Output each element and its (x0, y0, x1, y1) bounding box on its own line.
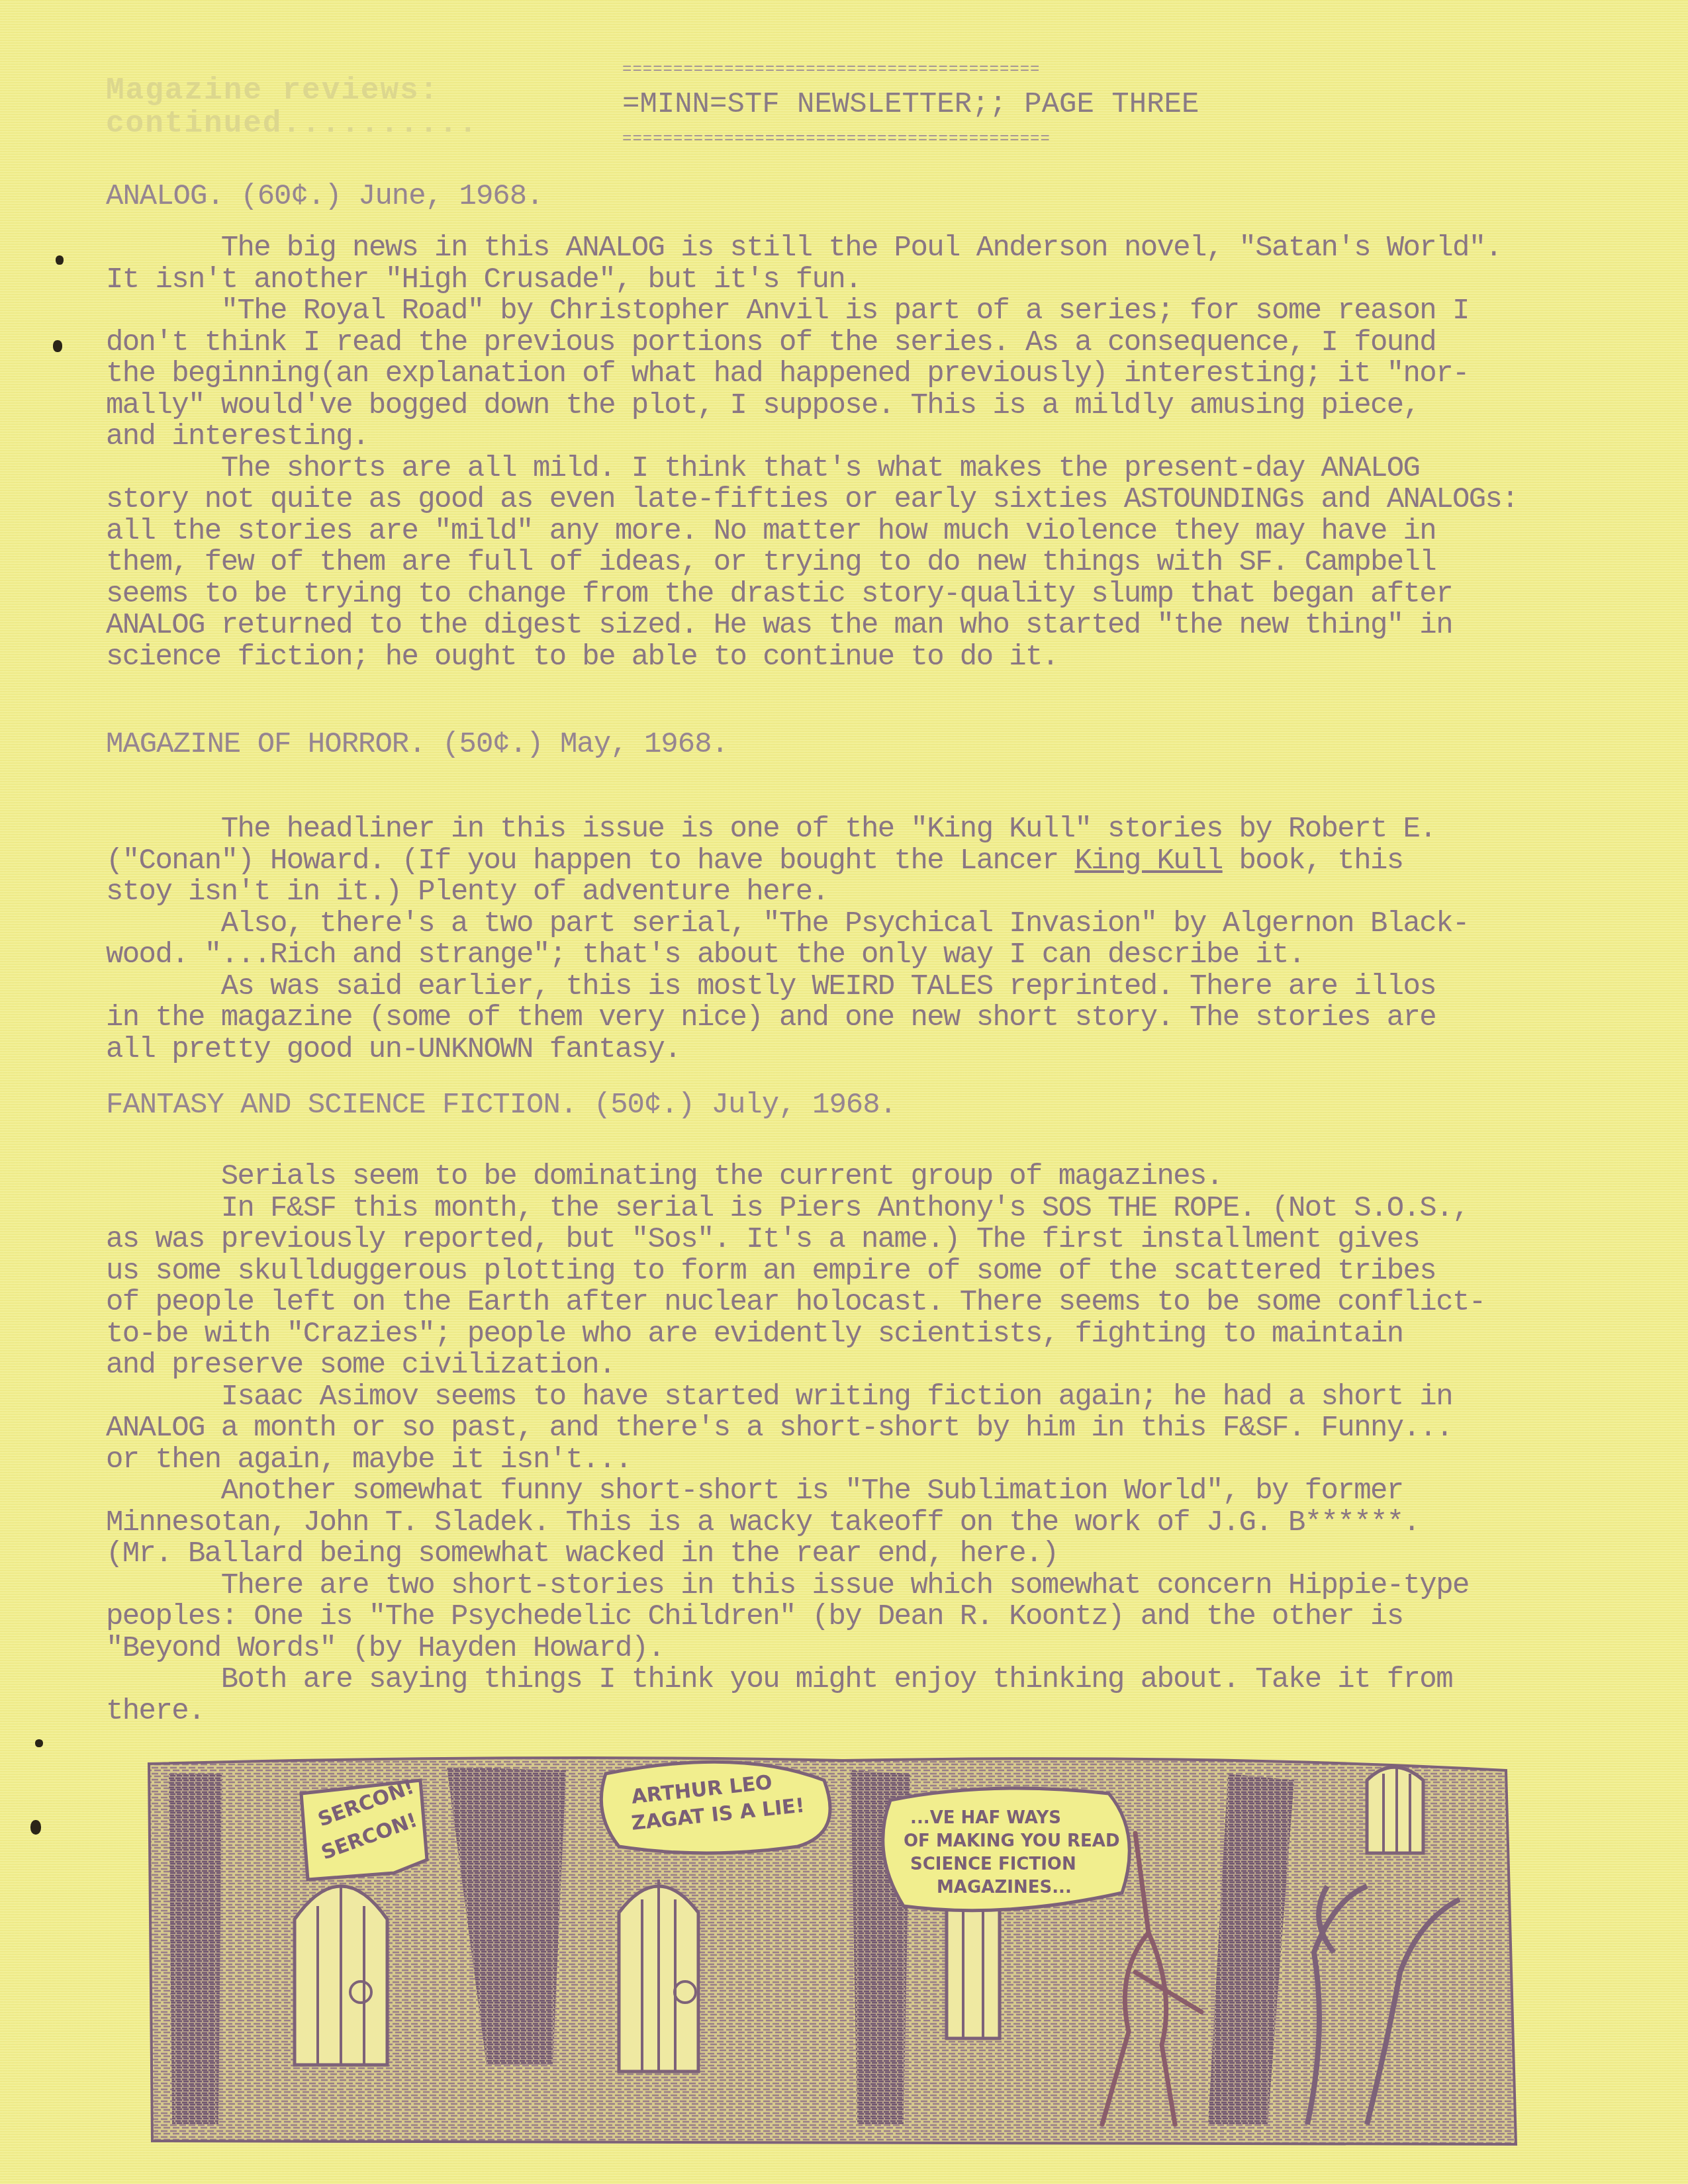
review-heading: ANALOG. (60¢.) June, 1968. (106, 180, 1595, 213)
cartoon-illustration: SERCON! SERCON! ARTHUR LEO ZAGAT IS A LI… (142, 1754, 1523, 2148)
punch-hole (30, 1820, 41, 1835)
text-line: ANALOG returned to the digest sized. He … (106, 610, 1595, 642)
text-line: all pretty good un-UNKNOWN fantasy. (106, 1034, 1595, 1066)
text-line: in the magazine (some of them very nice)… (106, 1003, 1595, 1034)
text-line: There are two short-stories in this issu… (106, 1570, 1595, 1602)
text-line: us some skullduggerous plotting to form … (106, 1256, 1595, 1288)
review-heading: FANTASY AND SCIENCE FICTION. (50¢.) July… (106, 1089, 1595, 1122)
bubble-magazines-line-3: SCIENCE FICTION (910, 1854, 1076, 1874)
text-line: there. (106, 1696, 1595, 1728)
newsletter-page: Magazine reviews: continued.......... ==… (0, 0, 1688, 2184)
text-line: to-be with "Crazies"; people who are evi… (106, 1319, 1595, 1351)
text-line: ANALOG a month or so past, and there's a… (106, 1413, 1595, 1445)
text-line: and preserve some civilization. (106, 1350, 1595, 1382)
text-line: The headliner in this issue is one of th… (106, 814, 1595, 846)
text-line: of people left on the Earth after nuclea… (106, 1287, 1595, 1319)
text-line: The big news in this ANALOG is still the… (106, 233, 1595, 265)
text-line: wood. "...Rich and strange"; that's abou… (106, 940, 1595, 972)
newsletter-title: =MINN=STF NEWSLETTER;; PAGE THREE (622, 88, 1199, 121)
bubble-magazines-line-1: ...VE HAF WAYS (910, 1808, 1061, 1828)
text-line: and interesting. (106, 422, 1595, 453)
text-line: as was previously reported, but "Sos". I… (106, 1224, 1595, 1256)
text-line: science fiction; he ought to be able to … (106, 642, 1595, 674)
bubble-magazines-line-4: MAGAZINES... (937, 1878, 1072, 1897)
punch-hole (56, 255, 64, 265)
review-fantasy-and-science-fiction: FANTASY AND SCIENCE FICTION. (50¢.) July… (106, 1089, 1595, 1727)
bubble-magazines-line-2: OF MAKING YOU READ (904, 1831, 1120, 1851)
text-line: Minnesotan, John T. Sladek. This is a wa… (106, 1508, 1595, 1539)
text-line: (Mr. Ballard being somewhat wacked in th… (106, 1539, 1595, 1570)
underlined-title: King Kull (1074, 844, 1222, 878)
text-line: The shorts are all mild. I think that's … (106, 453, 1595, 485)
review-magazine-of-horror: MAGAZINE OF HORROR. (50¢.) May, 1968. Th… (106, 728, 1595, 1066)
text-line: As was said earlier, this is mostly WEIR… (106, 972, 1595, 1003)
text-line: Both are saying things I think you might… (106, 1664, 1595, 1696)
punch-hole (53, 340, 62, 352)
header-rule-top: ========================================… (622, 61, 1199, 79)
text-line: In F&SF this month, the serial is Piers … (106, 1193, 1595, 1225)
faded-section-label: Magazine reviews: continued.......... (106, 74, 479, 140)
text-line: the beginning(an explanation of what had… (106, 359, 1595, 390)
text-line: story not quite as good as even late-fif… (106, 484, 1595, 516)
punch-hole (35, 1739, 43, 1747)
text-line: peoples: One is "The Psychedelic Childre… (106, 1602, 1595, 1633)
text-line: Also, there's a two part serial, "The Ps… (106, 909, 1595, 940)
text-line: "Beyond Words" (by Hayden Howard). (106, 1633, 1595, 1665)
text-line: mally" would've bogged down the plot, I … (106, 390, 1595, 422)
text-line: stoy isn't in it.) Plenty of adventure h… (106, 877, 1595, 909)
header-rule-bottom: ========================================… (622, 130, 1199, 148)
review-body: Serials seem to be dominating the curren… (106, 1161, 1595, 1727)
text-line: don't think I read the previous portions… (106, 328, 1595, 359)
review-analog: ANALOG. (60¢.) June, 1968. The big news … (106, 180, 1595, 673)
text-line: them, few of them are full of ideas, or … (106, 547, 1595, 579)
text-line: all the stories are "mild" any more. No … (106, 516, 1595, 548)
text-line: Serials seem to be dominating the curren… (106, 1161, 1595, 1193)
text-line: or then again, maybe it isn't... (106, 1445, 1595, 1477)
text-line: seems to be trying to change from the dr… (106, 579, 1595, 611)
review-body: The headliner in this issue is one of th… (106, 814, 1595, 1066)
newsletter-header: ========================================… (622, 61, 1199, 148)
faded-label-line-1: Magazine reviews: (106, 74, 479, 107)
text-line: Isaac Asimov seems to have started writi… (106, 1382, 1595, 1414)
text-line: It isn't another "High Crusade", but it'… (106, 265, 1595, 296)
review-body: The big news in this ANALOG is still the… (106, 233, 1595, 673)
text-line: ("Conan") Howard. (If you happen to have… (106, 846, 1595, 878)
faded-label-line-2: continued.......... (106, 107, 479, 140)
text-line: "The Royal Road" by Christopher Anvil is… (106, 296, 1595, 328)
text-line: Another somewhat funny short-short is "T… (106, 1476, 1595, 1508)
review-heading: MAGAZINE OF HORROR. (50¢.) May, 1968. (106, 728, 1595, 761)
